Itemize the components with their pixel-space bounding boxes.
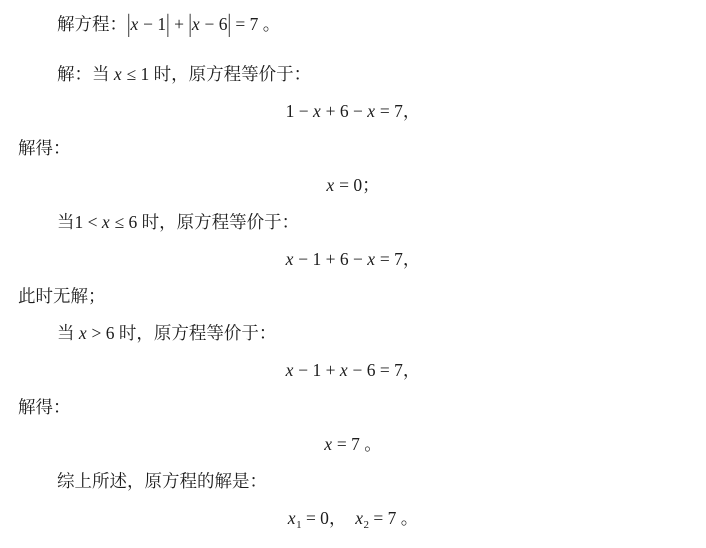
text-line: 解得：	[18, 389, 688, 426]
absolute-value-bar: |	[166, 0, 170, 50]
chinese-text: 时，原方程等价于：	[115, 323, 277, 343]
text-line: 此时无解；	[18, 278, 688, 315]
math-expression: x = 0	[326, 175, 362, 195]
text-line: 解方程：|x − 1| + |x − 6| = 7 。	[18, 6, 688, 43]
math-expression: x ≤ 1	[114, 64, 149, 84]
math-subscript: 2	[363, 519, 369, 531]
text-line: x1 = 0， x2 = 7 。	[18, 500, 688, 537]
absolute-value-bar: |	[188, 0, 192, 50]
absolute-value-bar: |	[127, 0, 131, 50]
math-expression: x − 1 + 6 − x = 7	[286, 249, 403, 269]
text-line: x = 0；	[18, 167, 688, 204]
math-expression: 1 − x + 6 − x = 7	[286, 101, 403, 121]
document-page: 解方程：|x − 1| + |x − 6| = 7 。解：当 x ≤ 1 时，原…	[0, 0, 706, 548]
text-line: x − 1 + x − 6 = 7，	[18, 352, 688, 389]
math-variable: x	[324, 434, 332, 454]
chinese-text: 时，原方程等价于：	[137, 212, 299, 232]
math-variable: x	[367, 249, 375, 269]
chinese-text: 解得：	[18, 397, 71, 417]
math-expression: x = 7	[324, 434, 360, 454]
math-subscript: 1	[296, 519, 302, 531]
math-variable: x	[326, 175, 334, 195]
chinese-text: ，	[329, 508, 355, 528]
text-line: 当1 < x ≤ 6 时，原方程等价于：	[18, 204, 688, 241]
chinese-text: 。	[396, 508, 418, 528]
chinese-text: ，	[403, 249, 421, 269]
math-variable: x	[286, 249, 294, 269]
math-variable: x	[192, 14, 200, 34]
document-body: 解方程：|x − 1| + |x − 6| = 7 。解：当 x ≤ 1 时，原…	[18, 6, 688, 537]
chinese-text: 综上所述，原方程的解是：	[57, 471, 267, 491]
text-line: 解得：	[18, 130, 688, 167]
math-variable: x	[367, 101, 375, 121]
math-variable: x	[286, 360, 294, 380]
chinese-text: 。	[258, 14, 280, 34]
text-line: 当 x > 6 时，原方程等价于：	[18, 315, 688, 352]
math-variable: x	[288, 508, 296, 528]
math-expression: 1 < x ≤ 6	[75, 212, 138, 232]
chinese-text: 时，原方程等价于：	[149, 64, 311, 84]
chinese-text: 当	[57, 323, 79, 343]
math-expression: x > 6	[79, 323, 115, 343]
math-expression: x1 = 0	[288, 508, 329, 528]
math-variable: x	[313, 101, 321, 121]
chinese-text: ，	[403, 101, 421, 121]
text-line: x − 1 + 6 − x = 7，	[18, 241, 688, 278]
text-line: 解：当 x ≤ 1 时，原方程等价于：	[18, 56, 688, 93]
text-line: 1 − x + 6 − x = 7，	[18, 93, 688, 130]
chinese-text: 解方程：	[57, 14, 127, 34]
absolute-value-bar: |	[227, 0, 231, 50]
math-expression: x − 1 + x − 6 = 7	[286, 360, 403, 380]
chinese-text: 。	[360, 434, 382, 454]
math-variable: x	[340, 360, 348, 380]
math-variable: x	[79, 323, 87, 343]
chinese-text: 此时无解；	[18, 286, 106, 306]
math-variable: x	[102, 212, 110, 232]
math-variable: x	[114, 64, 122, 84]
math-expression: x2 = 7	[355, 508, 396, 528]
text-line: 综上所述，原方程的解是：	[18, 463, 688, 500]
chinese-text: ；	[362, 175, 380, 195]
chinese-text: 解得：	[18, 138, 71, 158]
chinese-text: 解：当	[57, 64, 114, 84]
math-variable: x	[131, 14, 139, 34]
chinese-text: ，	[403, 360, 421, 380]
math-expression: |x − 1| + |x − 6| = 7	[127, 14, 258, 34]
chinese-text: 当	[57, 212, 75, 232]
text-line: x = 7 。	[18, 426, 688, 463]
